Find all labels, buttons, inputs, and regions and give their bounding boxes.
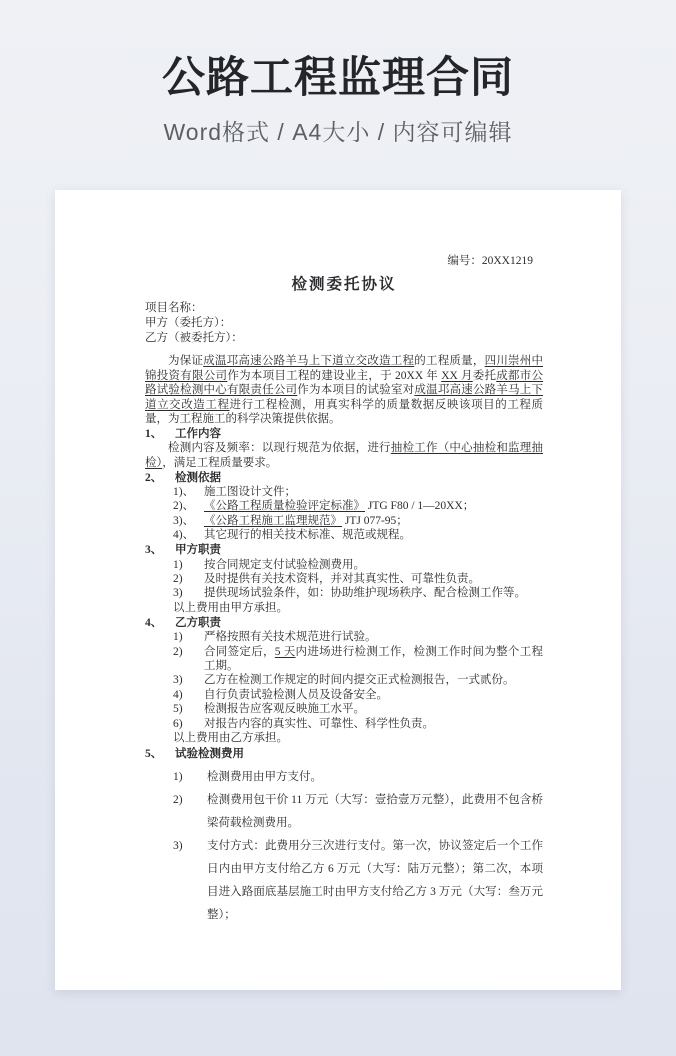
item-number: 6) <box>173 717 204 731</box>
text-segment: 施工图设计文件； <box>204 486 296 498</box>
item-number: 1) <box>173 630 204 644</box>
item-text: 检测费用由甲方支付。 <box>207 766 543 789</box>
section-4: 4、乙方职责1)严格按照有关技术规范进行试验。2)合同签定后，5 天内进场进行检… <box>145 616 543 746</box>
item-text: 检测费用包干价 11 万元（大写：壹拾壹万元整），此费用不包含桥梁荷载检测费用。 <box>207 789 543 835</box>
underlined-text: 《公路工程施工监理规范》 <box>204 515 342 527</box>
banner: 公路工程监理合同 Word格式 / A4大小 / 内容可编辑 <box>0 0 676 147</box>
underlined-text: 《公路工程质量检验评定标准》 <box>204 500 365 512</box>
text-segment: 检测费用由甲方支付。 <box>207 771 322 783</box>
section-title: 甲方职责 <box>175 543 221 557</box>
text-segment: 作为本项目的试验室对 <box>297 384 414 396</box>
list-item: 2)、《公路工程质量检验评定标准》 JTG F80 / 1—20XX； <box>173 499 543 513</box>
section-paragraph: 检测内容及频率：以现行规范为依据，进行抽检工作（中心抽检和监理抽检），满足工程质… <box>145 441 543 470</box>
list-item: 3)、《公路工程施工监理规范》 JTJ 077-95； <box>173 514 543 528</box>
text-segment: 为保证 <box>168 355 203 367</box>
section-heading: 4、乙方职责 <box>145 616 543 630</box>
page-background: { "header": { "title": "公路工程监理合同", "subt… <box>0 0 676 1056</box>
field-party-a: 甲方（委托方）： <box>145 316 543 331</box>
section-title: 工作内容 <box>175 427 221 441</box>
field-project-name: 项目名称： <box>145 301 543 316</box>
text-segment: 检测费用包干价 11 万元（大写：壹拾壹万元整），此费用不包含桥梁荷载检测费用。 <box>207 794 543 829</box>
item-number: 4) <box>173 688 204 702</box>
doc-fields: 项目名称： 甲方（委托方）： 乙方（被委托方）： <box>145 301 543 346</box>
item-number: 3) <box>173 835 207 927</box>
text-segment: JTG F80 / 1—20XX； <box>365 500 474 512</box>
list-item: 1)严格按照有关技术规范进行试验。 <box>173 630 543 644</box>
section-heading: 3、甲方职责 <box>145 543 543 557</box>
list-item: 6)对报告内容的真实性、可靠性、科学性负责。 <box>173 717 543 731</box>
section-footer-note: 以上费用由乙方承担。 <box>173 731 543 745</box>
item-number: 1)、 <box>173 485 204 499</box>
item-text: 对报告内容的真实性、可靠性、科学性负责。 <box>204 717 543 731</box>
list-item: 3)乙方在检测工作规定的时间内提交正式检测报告，一式贰份。 <box>173 673 543 687</box>
list-item: 3)支付方式：此费用分三次进行支付。第一次，协议签定后一个工作日内由甲方支付给乙… <box>173 835 543 927</box>
text-segment: 检测内容及频率：以现行规范为依据，进行 <box>168 442 391 454</box>
item-number: 1) <box>173 766 207 789</box>
item-number: 2) <box>173 572 204 586</box>
text-segment: 严格按照有关技术规范进行试验。 <box>204 631 377 643</box>
document-page: 编号：20XX1219 检测委托协议 项目名称： 甲方（委托方）： 乙方（被委托… <box>55 190 621 990</box>
section-number: 5、 <box>145 747 175 761</box>
banner-title: 公路工程监理合同 <box>0 52 676 106</box>
item-text: 检测报告应客观反映施工水平。 <box>204 702 543 716</box>
item-text: 乙方在检测工作规定的时间内提交正式检测报告，一式贰份。 <box>204 673 543 687</box>
item-text: 提供现场试验条件，如：协助维护现场秩序、配合检测工作等。 <box>204 586 543 600</box>
item-number: 2) <box>173 789 207 835</box>
list-item: 2)及时提供有关技术资料，并对其真实性、可靠性负责。 <box>173 572 543 586</box>
sections-container: 1、工作内容检测内容及频率：以现行规范为依据，进行抽检工作（中心抽检和监理抽检）… <box>145 427 543 927</box>
list-item: 3)提供现场试验条件，如：协助维护现场秩序、配合检测工作等。 <box>173 586 543 600</box>
item-number: 3) <box>173 673 204 687</box>
section-title: 乙方职责 <box>175 616 221 630</box>
item-number: 5) <box>173 702 204 716</box>
item-number: 3)、 <box>173 514 204 528</box>
text-segment: 支付方式：此费用分三次进行支付。第一次，协议签定后一个工作日内由甲方支付给乙方 … <box>207 840 543 921</box>
item-number: 2) <box>173 645 204 674</box>
item-number: 2)、 <box>173 499 204 513</box>
list-item: 5)检测报告应客观反映施工水平。 <box>173 702 543 716</box>
text-segment: 提供现场试验条件，如：协助维护现场秩序、配合检测工作等。 <box>204 587 526 599</box>
text-segment: 委托 <box>473 370 497 382</box>
doc-title: 检测委托协议 <box>145 275 543 295</box>
section-5: 5、试验检测费用1)检测费用由甲方支付。2)检测费用包干价 11 万元（大写：壹… <box>145 747 543 926</box>
section-heading: 1、工作内容 <box>145 427 543 441</box>
section-heading: 5、试验检测费用 <box>145 747 543 761</box>
text-segment: 合同签定后， <box>204 646 275 658</box>
underlined-text: 成温邛高速公路羊马上下道立交改造工程 <box>203 355 414 367</box>
section-number: 3、 <box>145 543 175 557</box>
list-item: 4)自行负责试验检测人员及设备安全。 <box>173 688 543 702</box>
item-number: 3) <box>173 586 204 600</box>
section-2: 2、检测依据1)、施工图设计文件；2)、《公路工程质量检验评定标准》 JTG F… <box>145 471 543 543</box>
section-title: 试验检测费用 <box>175 747 244 761</box>
list-item: 1)检测费用由甲方支付。 <box>173 766 543 789</box>
item-number: 1) <box>173 558 204 572</box>
intro-paragraph: 为保证成温邛高速公路羊马上下道立交改造工程的工程质量，四川崇州中锦投资有限公司作… <box>145 354 543 426</box>
item-text: 严格按照有关技术规范进行试验。 <box>204 630 543 644</box>
banner-subtitle: Word格式 / A4大小 / 内容可编辑 <box>0 114 676 147</box>
item-text: 支付方式：此费用分三次进行支付。第一次，协议签定后一个工作日内由甲方支付给乙方 … <box>207 835 543 927</box>
item-text: 施工图设计文件； <box>204 485 543 499</box>
item-text: 按合同规定支付试验检测费用。 <box>204 558 543 572</box>
text-segment: 按合同规定支付试验检测费用。 <box>204 559 365 571</box>
section-footer-note: 以上费用由甲方承担。 <box>173 601 543 615</box>
item-text: 《公路工程施工监理规范》 JTJ 077-95； <box>204 514 543 528</box>
text-segment: JTJ 077-95； <box>342 515 408 527</box>
text-segment: 的工程质量， <box>414 355 484 367</box>
list-item: 2)检测费用包干价 11 万元（大写：壹拾壹万元整），此费用不包含桥梁荷载检测费… <box>173 789 543 835</box>
item-text: 其它现行的相关技术标准、规范或规程。 <box>204 528 543 542</box>
section-1: 1、工作内容检测内容及频率：以现行规范为依据，进行抽检工作（中心抽检和监理抽检）… <box>145 427 543 470</box>
section-3: 3、甲方职责1)按合同规定支付试验检测费用。2)及时提供有关技术资料，并对其真实… <box>145 543 543 615</box>
item-number: 4)、 <box>173 528 204 542</box>
text-segment: ，满足工程质量要求。 <box>162 457 277 469</box>
underlined-text: XX 月 <box>441 370 473 382</box>
text-segment: 自行负责试验检测人员及设备安全。 <box>204 689 388 701</box>
underlined-text: 5 天 <box>275 646 296 658</box>
section-title: 检测依据 <box>175 471 221 485</box>
text-segment: 作为本项目工程的建设业主，于 20XX 年 <box>227 370 441 382</box>
list-item: 2)合同签定后，5 天内进场进行检测工作，检测工作时间为整个工程工期。 <box>173 645 543 674</box>
section-heading: 2、检测依据 <box>145 471 543 485</box>
item-text: 自行负责试验检测人员及设备安全。 <box>204 688 543 702</box>
doc-number: 编号：20XX1219 <box>145 254 543 268</box>
item-text: 《公路工程质量检验评定标准》 JTG F80 / 1—20XX； <box>204 499 543 513</box>
section-number: 2、 <box>145 471 175 485</box>
text-segment: 检测报告应客观反映施工水平。 <box>204 703 365 715</box>
list-item: 1)按合同规定支付试验检测费用。 <box>173 558 543 572</box>
section-number: 4、 <box>145 616 175 630</box>
list-item: 1)、施工图设计文件； <box>173 485 543 499</box>
list-item: 4)、其它现行的相关技术标准、规范或规程。 <box>173 528 543 542</box>
text-segment: 乙方在检测工作规定的时间内提交正式检测报告，一式贰份。 <box>204 674 515 686</box>
field-party-b: 乙方（被委托方）： <box>145 331 543 346</box>
text-segment: 及时提供有关技术资料，并对其真实性、可靠性负责。 <box>204 573 480 585</box>
text-segment: 其它现行的相关技术标准、规范或规程。 <box>204 529 411 541</box>
section-number: 1、 <box>145 427 175 441</box>
item-text: 合同签定后，5 天内进场进行检测工作，检测工作时间为整个工程工期。 <box>204 645 543 674</box>
item-text: 及时提供有关技术资料，并对其真实性、可靠性负责。 <box>204 572 543 586</box>
text-segment: 对报告内容的真实性、可靠性、科学性负责。 <box>204 718 434 730</box>
